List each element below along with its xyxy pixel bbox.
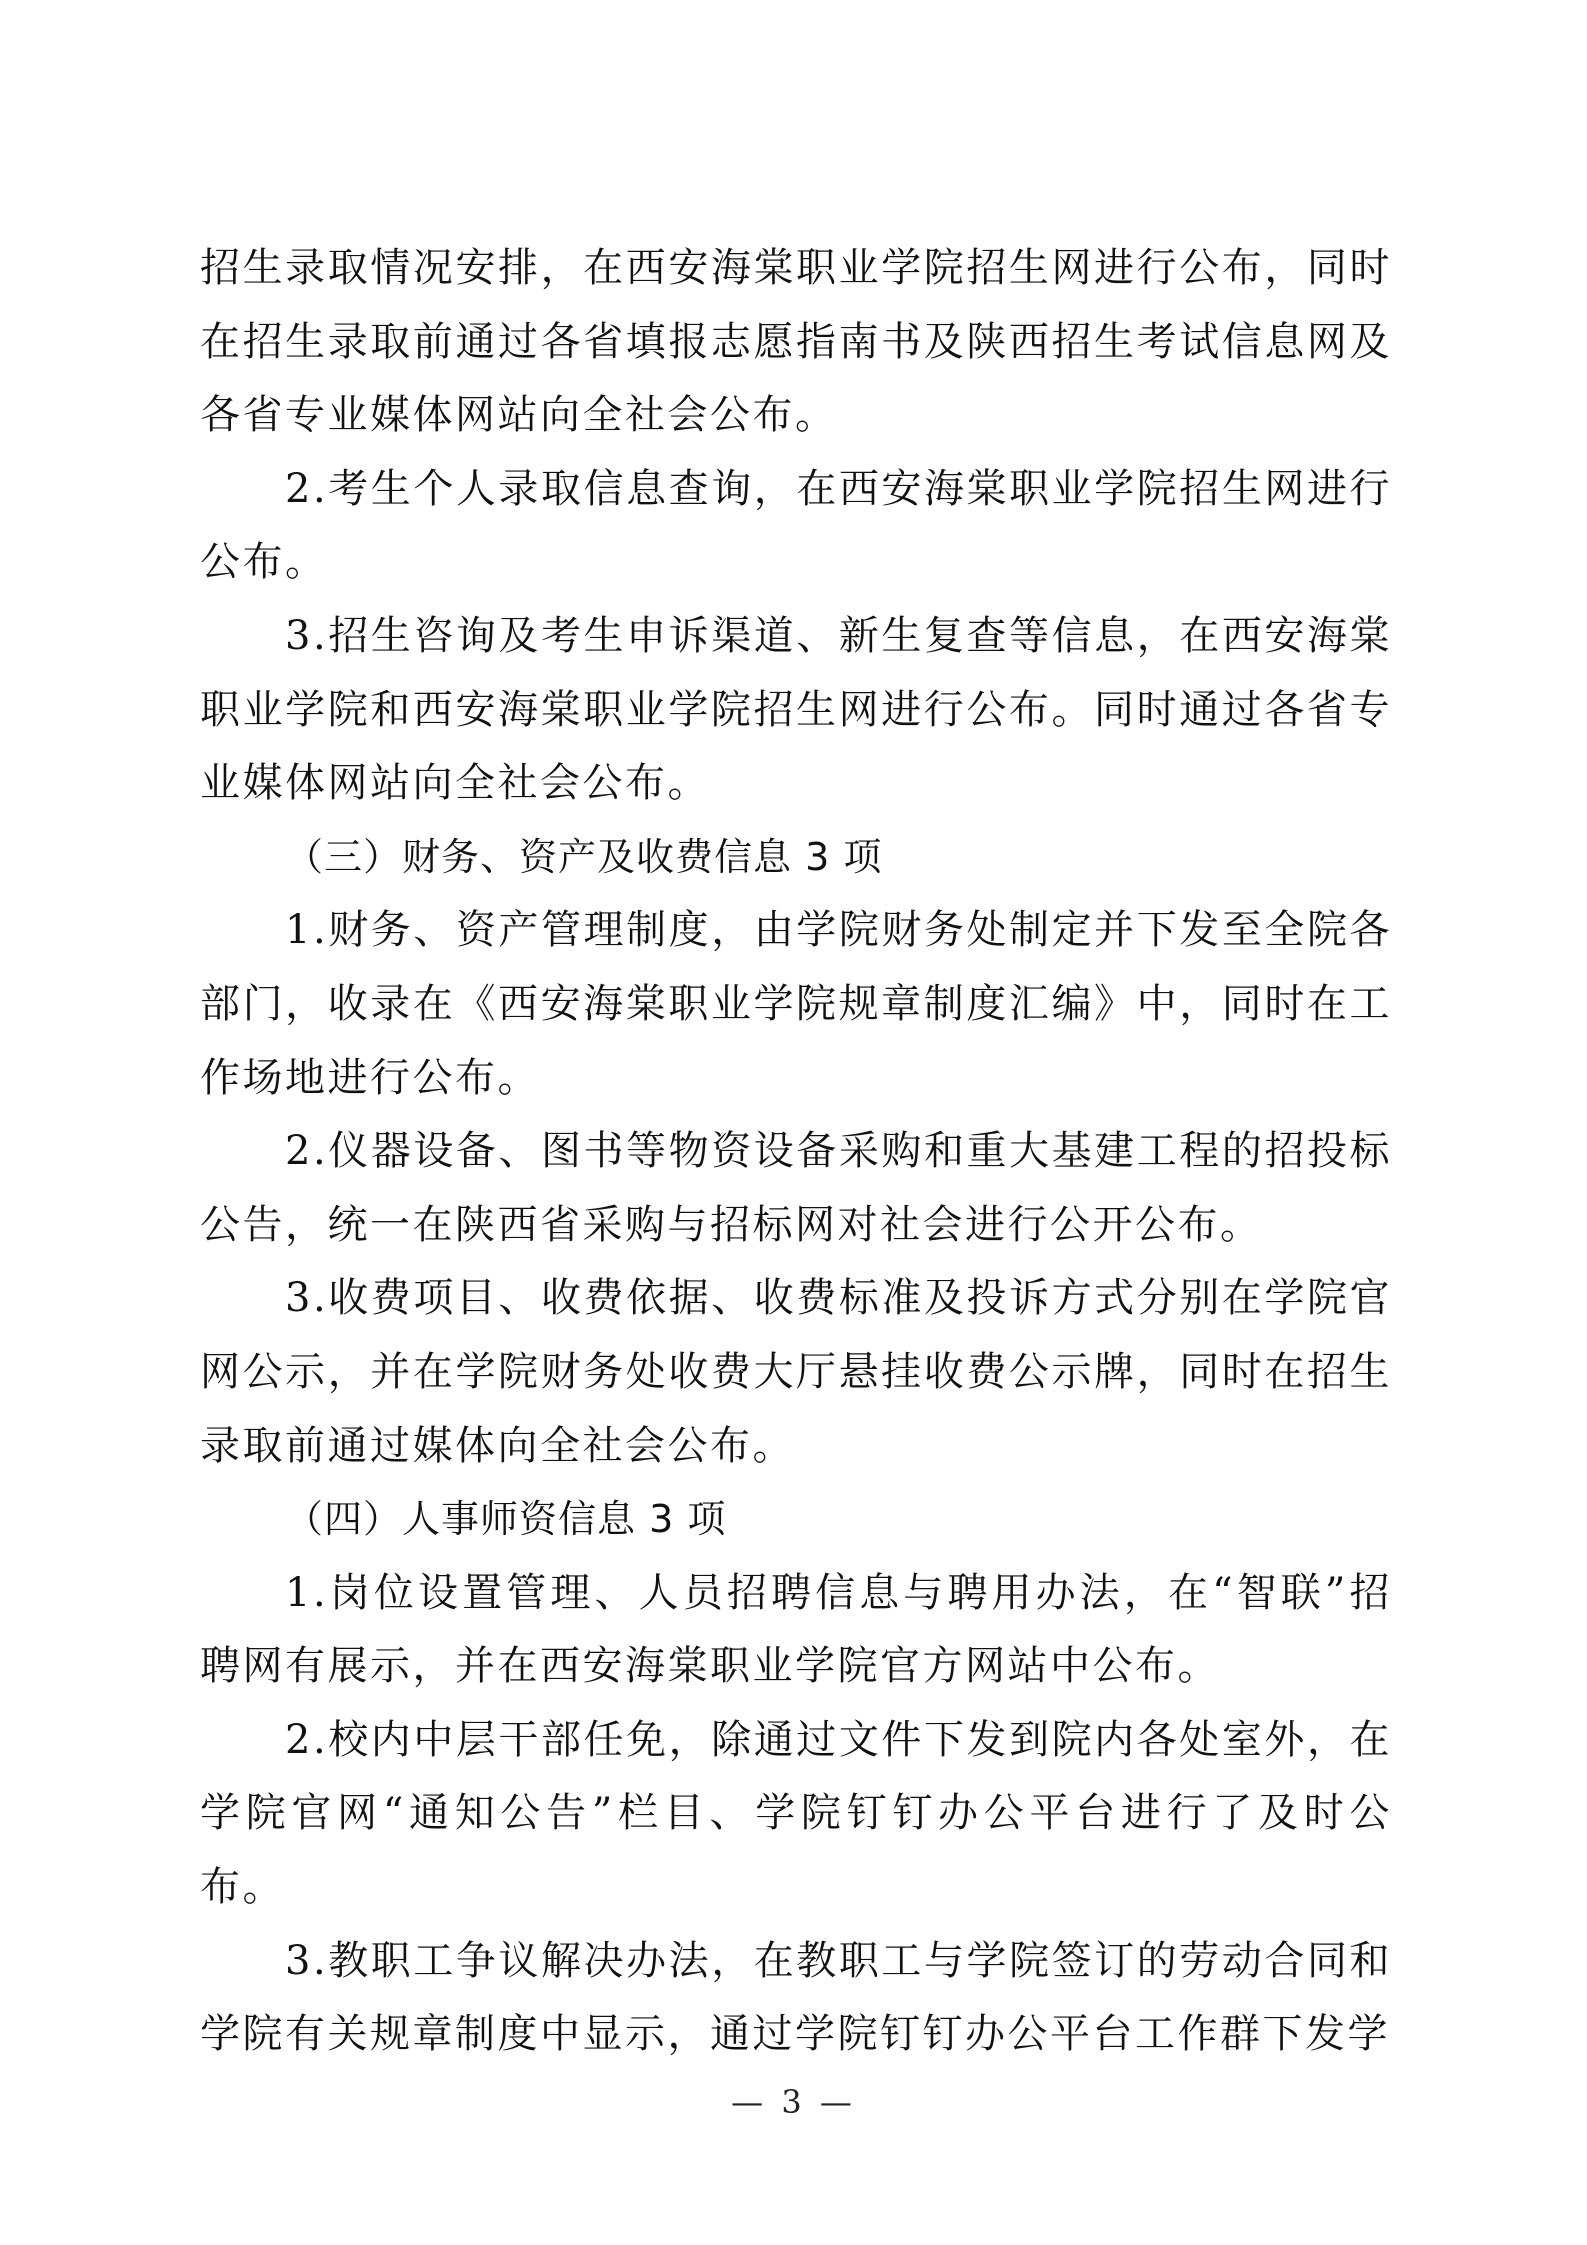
document-page: 招生录取情况安排，在西安海棠职业学院招生网进行公布，同时在招生录取前通过各省填报… [200, 232, 1392, 2072]
paragraph-personnel-item-1: 1.岗位设置管理、人员招聘信息与聘用办法，在“智联”招聘网有展示，并在西安海棠职… [200, 1557, 1392, 1704]
paragraph-personnel-item-3: 3.教职工争议解决办法，在教职工与学院签订的劳动合同和学院有关规章制度中显示，通… [200, 1925, 1392, 2072]
paragraph-finance-item-1: 1.财务、资产管理制度，由学院财务处制定并下发至全院各部门，收录在《西安海棠职业… [200, 894, 1392, 1115]
paragraph-admission-continuation: 招生录取情况安排，在西安海棠职业学院招生网进行公布，同时在招生录取前通过各省填报… [200, 232, 1392, 453]
paragraph-finance-item-3: 3.收费项目、收费依据、收费标准及投诉方式分别在学院官网公示，并在学院财务处收费… [200, 1262, 1392, 1483]
paragraph-personnel-item-2: 2.校内中层干部任免，除通过文件下发到院内各处室外，在学院官网“通知公告”栏目、… [200, 1704, 1392, 1925]
section-heading-finance: （三）财务、资产及收费信息 3 项 [200, 821, 1392, 895]
paragraph-finance-item-2: 2.仪器设备、图书等物资设备采购和重大基建工程的招投标公告，统一在陕西省采购与招… [200, 1115, 1392, 1262]
page-number: — 3 — [0, 2083, 1587, 2121]
section-heading-personnel: （四）人事师资信息 3 项 [200, 1483, 1392, 1557]
paragraph-admission-item-3: 3.招生咨询及考生申诉渠道、新生复查等信息，在西安海棠职业学院和西安海棠职业学院… [200, 600, 1392, 821]
paragraph-admission-item-2: 2.考生个人录取信息查询，在西安海棠职业学院招生网进行公布。 [200, 453, 1392, 600]
